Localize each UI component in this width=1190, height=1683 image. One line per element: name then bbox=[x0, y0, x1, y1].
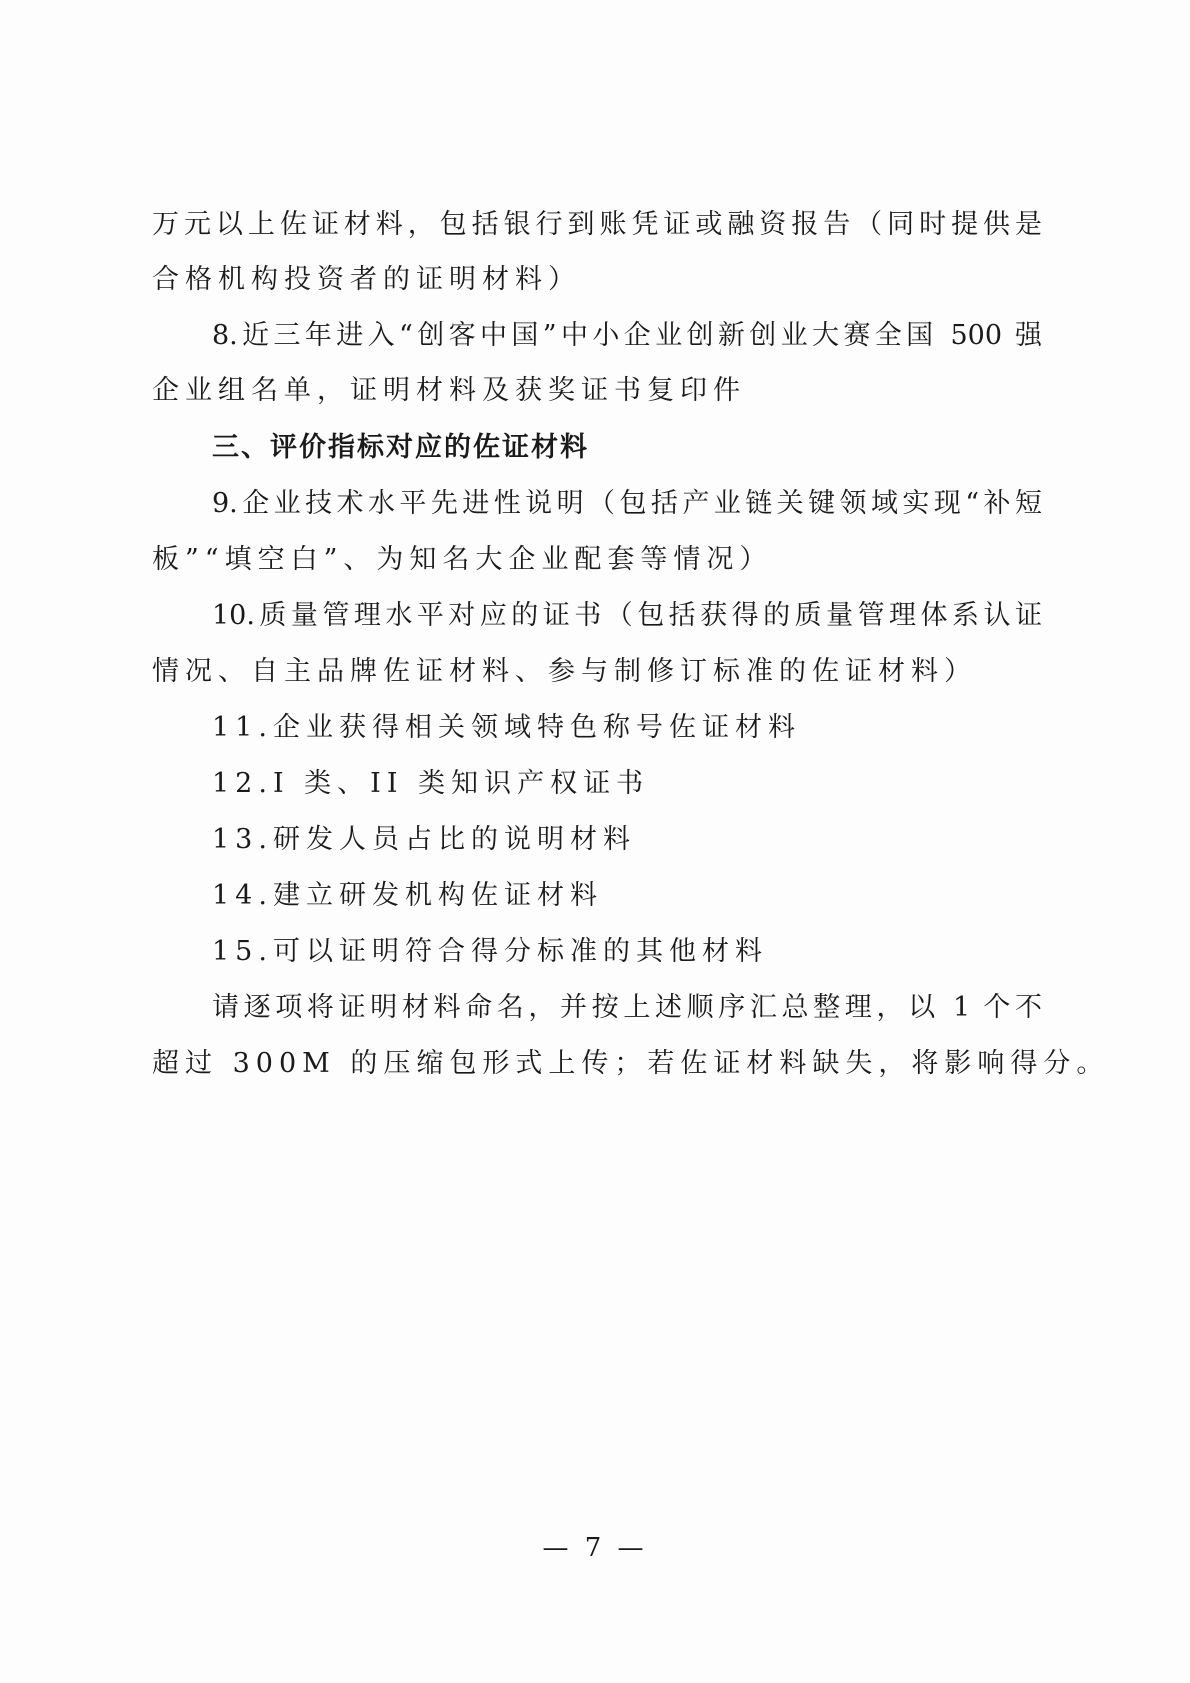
closing-note-cont: 超过 300M 的压缩包形式上传；若佐证材料缺失，将影响得分。 bbox=[152, 1044, 1042, 1084]
list-item-10: 10.质量管理水平对应的证书（包括获得的质量管理体系认证 bbox=[212, 596, 1042, 636]
list-item-12: 12.I 类、II 类知识产权证书 bbox=[212, 764, 1042, 804]
list-item-11: 11.企业获得相关领域特色称号佐证材料 bbox=[212, 708, 1042, 748]
paragraph-line: 合格机构投资者的证明材料） bbox=[152, 260, 1042, 300]
list-item-10-cont: 情况、自主品牌佐证材料、参与制修订标准的佐证材料） bbox=[152, 652, 1042, 692]
list-item-9-cont: 板”“填空白”、为知名大企业配套等情况） bbox=[152, 540, 1042, 580]
list-item-14: 14.建立研发机构佐证材料 bbox=[212, 876, 1042, 916]
list-item-8-cont: 企业组名单，证明材料及获奖证书复印件 bbox=[152, 371, 1042, 411]
section-heading: 三、评价指标对应的佐证材料 bbox=[212, 428, 1042, 468]
list-item-13: 13.研发人员占比的说明材料 bbox=[212, 820, 1042, 860]
page-number: — 7 — bbox=[0, 1528, 1190, 1568]
list-item-15: 15.可以证明符合得分标准的其他材料 bbox=[212, 932, 1042, 972]
closing-note: 请逐项将证明材料命名，并按上述顺序汇总整理，以 1 个不 bbox=[212, 988, 1042, 1028]
document-page: 万元以上佐证材料，包括银行到账凭证或融资报告（同时提供是 合格机构投资者的证明材… bbox=[0, 0, 1190, 1683]
paragraph-line: 万元以上佐证材料，包括银行到账凭证或融资报告（同时提供是 bbox=[152, 205, 1042, 245]
list-item-9: 9.企业技术水平先进性说明（包括产业链关键领域实现“补短 bbox=[212, 484, 1042, 524]
list-item-8: 8.近三年进入“创客中国”中小企业创新创业大赛全国 500 强 bbox=[212, 316, 1042, 356]
